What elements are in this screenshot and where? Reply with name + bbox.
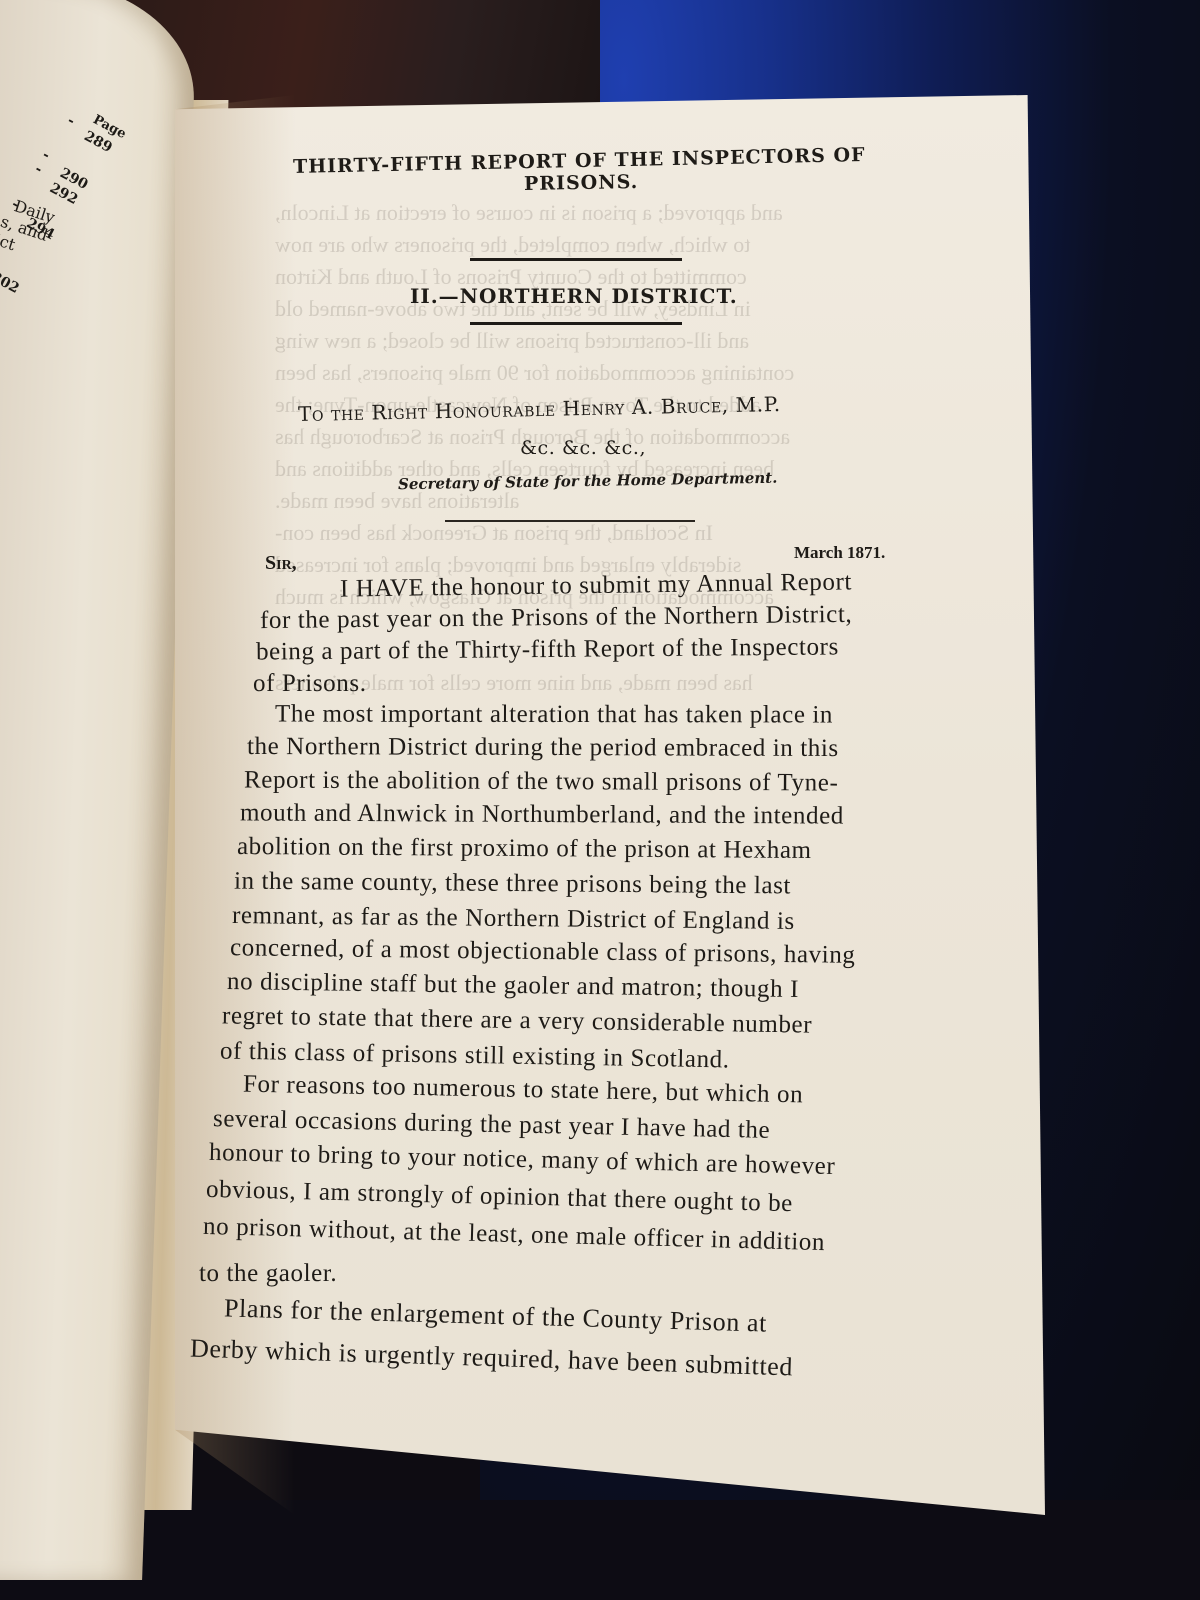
page-content: THIRTY-FIFTH REPORT OF THE INSPECTORS OF… xyxy=(0,0,1200,1600)
header-rule-bottom xyxy=(470,322,682,325)
header-rule-top xyxy=(470,258,682,261)
body-line: Report is the abolition of the two small… xyxy=(244,766,839,797)
body-line: the Northern District during the period … xyxy=(247,733,839,763)
body-line: I HAVE the honour to submit my Annual Re… xyxy=(340,568,852,603)
body-line: regret to state that there are a very co… xyxy=(222,1002,813,1039)
body-line: obvious, I am strongly of opinion that t… xyxy=(206,1176,794,1218)
body-line: of this class of prisons still existing … xyxy=(220,1038,730,1075)
body-line: Derby which is urgently required, have b… xyxy=(190,1334,794,1383)
addressee-titles: &c. &c. &c., xyxy=(520,437,646,459)
body-line: no prison without, at the least, one mal… xyxy=(203,1213,826,1257)
body-line: to the gaoler. xyxy=(199,1260,337,1288)
body-line: concerned, of a most objectionable class… xyxy=(230,934,856,970)
body-line: several occasions during the past year I… xyxy=(213,1105,771,1145)
body-line: no discipline staff but the gaoler and m… xyxy=(227,968,799,1004)
body-line: Plans for the enlargement of the County … xyxy=(224,1293,768,1338)
body-line: in the same county, these three prisons … xyxy=(234,868,791,901)
body-line: abolition on the first proximo of the pr… xyxy=(237,833,812,865)
address-rule xyxy=(445,520,695,522)
body-line: For reasons too numerous to state here, … xyxy=(243,1071,804,1110)
body-line: The most important alteration that has t… xyxy=(275,701,833,730)
report-title-line2: PRISONS. xyxy=(524,171,639,195)
body-line: mouth and Alnwick in Northumberland, and… xyxy=(240,799,844,830)
addressee-office: Secretary of State for the Home Departme… xyxy=(398,469,778,494)
body-line: remnant, as far as the Northern District… xyxy=(232,902,795,936)
letter-date: March 1871. xyxy=(794,543,885,563)
body-line: being a part of the Thirty-fifth Report … xyxy=(256,633,839,666)
addressee-line: To the Right Honourable Henry A. Bruce, … xyxy=(298,392,781,426)
body-line: of Prisons. xyxy=(253,670,367,698)
body-line: for the past year on the Prisons of the … xyxy=(260,601,853,635)
section-heading: II.—NORTHERN DISTRICT. xyxy=(410,284,738,308)
body-line: honour to bring to your notice, many of … xyxy=(209,1139,836,1181)
salutation: Sir, xyxy=(265,552,297,575)
